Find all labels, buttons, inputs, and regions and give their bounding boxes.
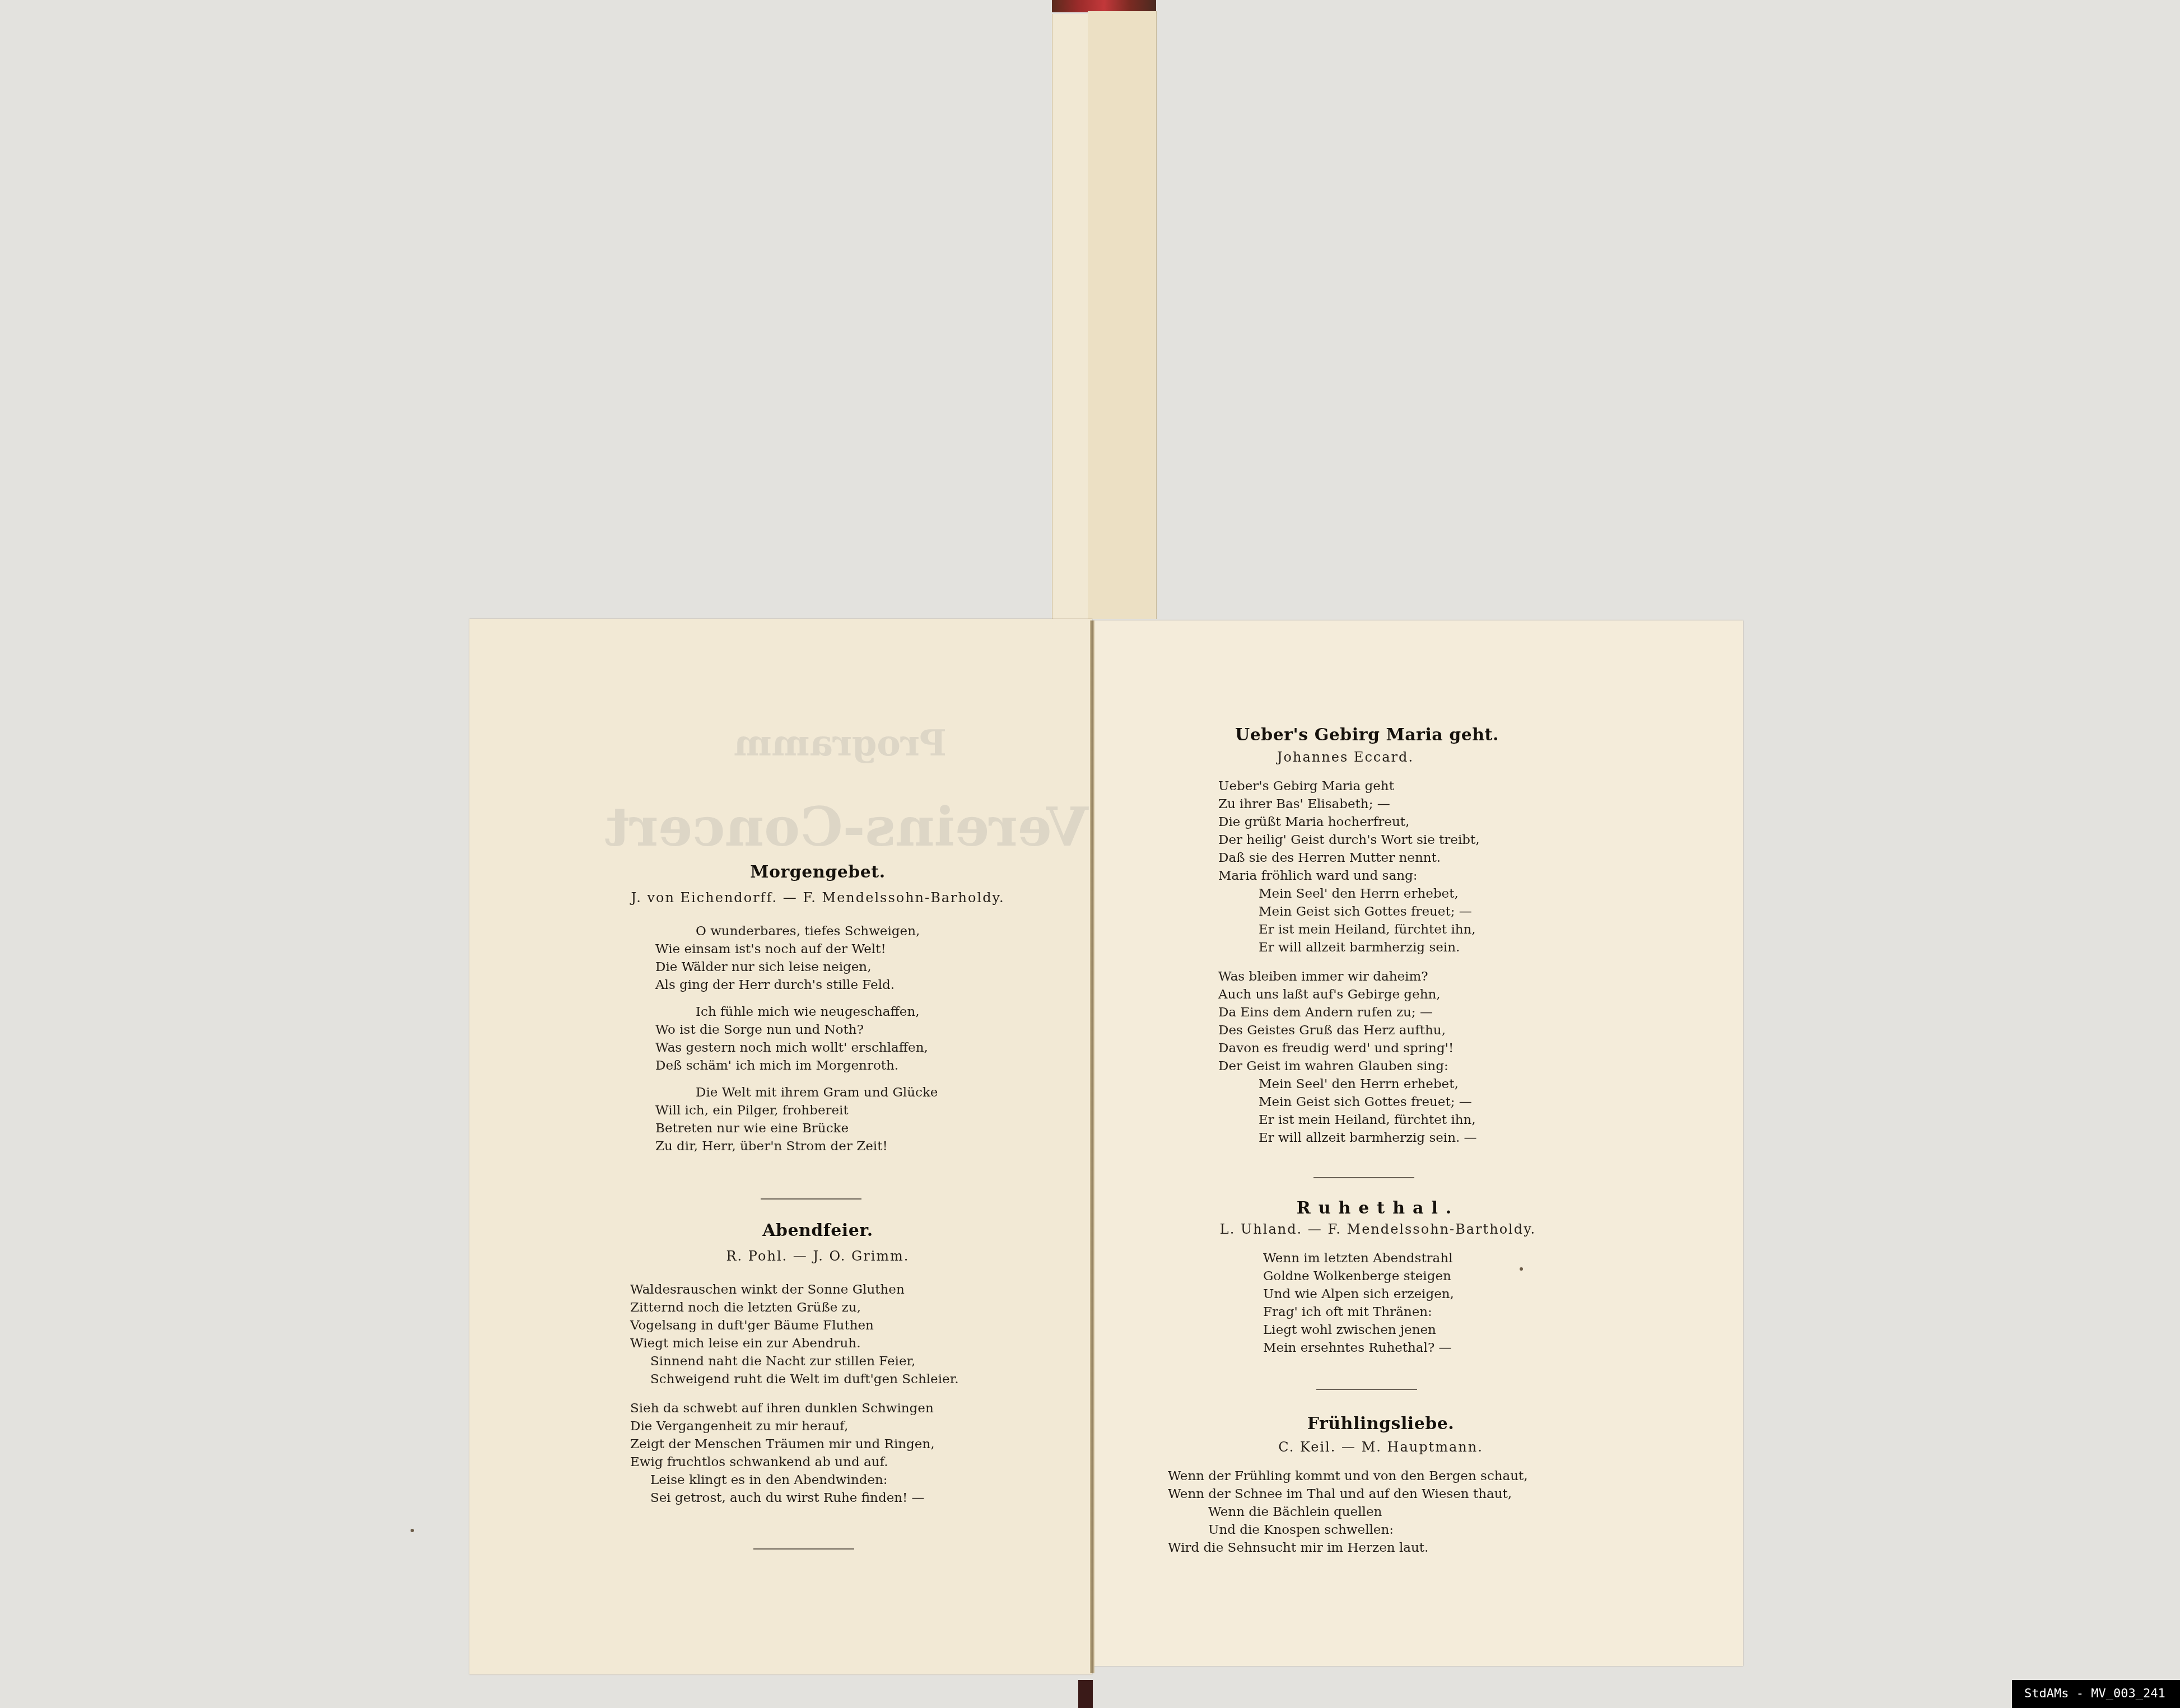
section-divider [1313, 1177, 1414, 1178]
verse-line: Die Welt mit ihrem Gram und Glücke [655, 1084, 1031, 1102]
ribbon-top-edge [1052, 0, 1156, 12]
book-gutter [1090, 620, 1094, 1673]
verse-line: Mein Seel' den Herrn erhebet, [1218, 1075, 1610, 1093]
stanza: Ich fühle mich wie neugeschaffen, Wo ist… [655, 1003, 1031, 1075]
song-title: Frühlingsliebe. [1168, 1414, 1594, 1434]
verse-line: Schweigend ruht die Welt im duft'gen Sch… [630, 1370, 1031, 1388]
verse-line: Und wie Alpen sich erzeigen, [1263, 1285, 1574, 1303]
verse-line: Er will allzeit barmherzig sein. — [1218, 1129, 1610, 1147]
verse-line: Wo ist die Sorge nun und Noth? [655, 1021, 1031, 1039]
song-attribution: L. Uhland. — F. Mendelssohn-Bartholdy. [1182, 1221, 1574, 1237]
verse-line: Der Geist im wahren Glauben sing: [1218, 1057, 1610, 1075]
verse-line: Die grüßt Maria hocherfreut, [1218, 813, 1610, 831]
song-fruehlingsliebe: Frühlingsliebe. C. Keil. — M. Hauptmann.… [1168, 1414, 1594, 1557]
verse-line: Zitternd noch die letzten Grüße zu, [630, 1299, 1031, 1317]
stanza: Sieh da schwebt auf ihren dunklen Schwin… [630, 1399, 1031, 1507]
stanza: Waldesrauschen winkt der Sonne Gluthen Z… [630, 1281, 1031, 1388]
verse-line: Die Wälder nur sich leise neigen, [655, 958, 1031, 976]
song-attribution: R. Pohl. — J. O. Grimm. [605, 1248, 1031, 1264]
verse-line: Deß schäm' ich mich im Morgenroth. [655, 1057, 1031, 1075]
verse-line: Waldesrauschen winkt der Sonne Gluthen [630, 1281, 1031, 1299]
paper-speck [411, 1529, 414, 1532]
verse-line: Wird die Sehnsucht mir im Herzen laut. [1168, 1539, 1594, 1557]
verse-line: Mein Geist sich Gottes freuet; — [1218, 1093, 1610, 1111]
verse-line: Ich fühle mich wie neugeschaffen, [655, 1003, 1031, 1021]
verse-line: Und die Knospen schwellen: [1168, 1521, 1594, 1539]
verse-line: Er will allzeit barmherzig sein. [1218, 939, 1610, 956]
bookmark-ribbon [1078, 1680, 1093, 1708]
verse-line: Leise klingt es in den Abendwinden: [630, 1471, 1031, 1489]
song-title: Ruhethal. [1182, 1198, 1574, 1218]
verse-line: Mein Geist sich Gottes freuet; — [1218, 903, 1610, 921]
verse-line: Davon es freudig werd' und spring'! [1218, 1039, 1610, 1057]
verse-line: Ewig fruchtlos schwankend ab und auf. [630, 1453, 1031, 1471]
verse-line: Sieh da schwebt auf ihren dunklen Schwin… [630, 1399, 1031, 1417]
section-divider [761, 1198, 861, 1200]
paper-speck [1520, 1267, 1523, 1271]
stanza: Ueber's Gebirg Maria geht Zu ihrer Bas' … [1218, 777, 1610, 956]
bookmark-strip-left [1052, 14, 1089, 619]
verse-line: Was bleiben immer wir daheim? [1218, 968, 1610, 986]
song-ruhethal: Ruhethal. L. Uhland. — F. Mendelssohn-Ba… [1182, 1198, 1574, 1357]
song-title: Ueber's Gebirg Maria geht. [1218, 725, 1610, 745]
song-morgengebet: Morgengebet. J. von Eichendorff. — F. Me… [605, 862, 1031, 1155]
verse-line: Betreten nur wie eine Brücke [655, 1119, 1031, 1137]
verse-line: Da Eins dem Andern rufen zu; — [1218, 1004, 1610, 1021]
show-through-title: Vereins-Concert [605, 795, 1088, 858]
verse-line: Vogelsang in duft'ger Bäume Fluthen [630, 1317, 1031, 1334]
show-through-heading: Programm [734, 722, 947, 764]
stanza: Was bleiben immer wir daheim? Auch uns l… [1218, 968, 1610, 1147]
verse-line: Goldne Wolkenberge steigen [1263, 1267, 1574, 1285]
verse-line: Wie einsam ist's noch auf der Welt! [655, 940, 1031, 958]
stanza: O wunderbares, tiefes Schweigen, Wie ein… [655, 922, 1031, 994]
verse-line: Will ich, ein Pilger, frohbereit [655, 1102, 1031, 1119]
song-uebers-gebirg: Ueber's Gebirg Maria geht. Johannes Ecca… [1218, 725, 1610, 1147]
verse-line: Als ging der Herr durch's stille Feld. [655, 976, 1031, 994]
verse-line: Wenn im letzten Abendstrahl [1263, 1249, 1574, 1267]
stanza: Wenn der Frühling kommt und von den Berg… [1168, 1467, 1594, 1557]
bookmark-strip-right [1088, 11, 1157, 619]
verse-line: Des Geistes Gruß das Herz aufthu, [1218, 1021, 1610, 1039]
verse-line: Frag' ich oft mit Thränen: [1263, 1303, 1574, 1321]
section-divider [753, 1548, 854, 1550]
verse-line: Die Vergangenheit zu mir herauf, [630, 1417, 1031, 1435]
verse-line: Er ist mein Heiland, fürchtet ihn, [1218, 1111, 1610, 1129]
stanza: Die Welt mit ihrem Gram und Glücke Will … [655, 1084, 1031, 1155]
song-attribution: Johannes Eccard. [1218, 749, 1610, 765]
verse-line: Liegt wohl zwischen jenen [1263, 1321, 1574, 1339]
verse-line: Mein ersehntes Ruhethal? — [1263, 1339, 1574, 1357]
verse-line: O wunderbares, tiefes Schweigen, [655, 922, 1031, 940]
verse-line: Mein Seel' den Herrn erhebet, [1218, 885, 1610, 903]
verse-line: Auch uns laßt auf's Gebirge gehn, [1218, 986, 1610, 1004]
verse-line: Ueber's Gebirg Maria geht [1218, 777, 1610, 795]
song-attribution: J. von Eichendorff. — F. Mendelssohn-Bar… [605, 890, 1031, 906]
song-abendfeier: Abendfeier. R. Pohl. — J. O. Grimm. Wald… [605, 1221, 1031, 1507]
verse-line: Der heilig' Geist durch's Wort sie treib… [1218, 831, 1610, 849]
verse-line: Was gestern noch mich wollt' erschlaffen… [655, 1039, 1031, 1057]
verse-line: Zeigt der Menschen Träumen mir und Ringe… [630, 1435, 1031, 1453]
song-title: Morgengebet. [605, 862, 1031, 882]
verse-line: Er ist mein Heiland, fürchtet ihn, [1218, 921, 1610, 939]
stanza: Wenn im letzten Abendstrahl Goldne Wolke… [1263, 1249, 1574, 1357]
verse-line: Sei getrost, auch du wirst Ruhe finden! … [630, 1489, 1031, 1507]
verse-line: Daß sie des Herren Mutter nennt. [1218, 849, 1610, 867]
verse-line: Wenn der Frühling kommt und von den Berg… [1168, 1467, 1594, 1485]
verse-line: Zu dir, Herr, über'n Strom der Zeit! [655, 1137, 1031, 1155]
verse-line: Zu ihrer Bas' Elisabeth; — [1218, 795, 1610, 813]
song-title: Abendfeier. [605, 1221, 1031, 1240]
verse-line: Wiegt mich leise ein zur Abendruh. [630, 1334, 1031, 1352]
verse-line: Maria fröhlich ward und sang: [1218, 867, 1610, 885]
section-divider [1316, 1389, 1417, 1390]
verse-line: Wenn der Schnee im Thal und auf den Wies… [1168, 1485, 1594, 1503]
verse-line: Wenn die Bächlein quellen [1168, 1503, 1594, 1521]
archive-id-label: StdAMs - MV_003_241 [2012, 1680, 2180, 1708]
song-attribution: C. Keil. — M. Hauptmann. [1168, 1439, 1594, 1455]
verse-line: Sinnend naht die Nacht zur stillen Feier… [630, 1352, 1031, 1370]
